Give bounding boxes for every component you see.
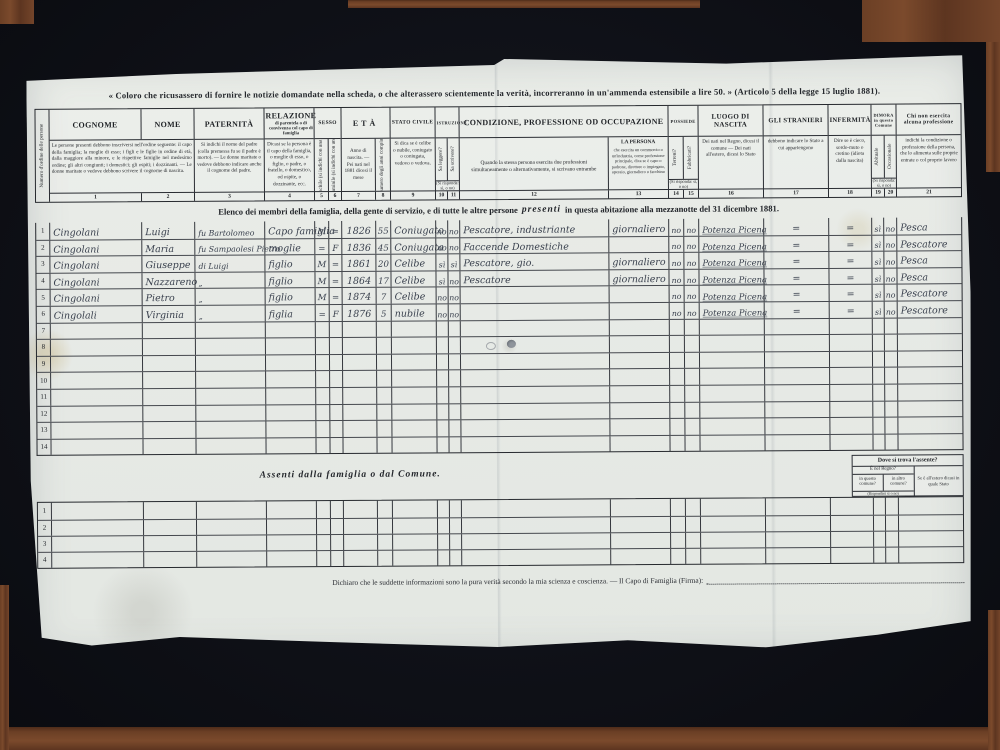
table-header: Numero d'ordine delle persone COGNOME NO… <box>34 103 962 203</box>
cell-scrive: no <box>447 238 459 254</box>
cell-luogo: Potenza Picena <box>698 253 763 269</box>
cell-f: F <box>328 239 341 255</box>
cell-cond <box>460 303 609 320</box>
colnum-8: 8 <box>375 192 390 200</box>
cell-occ: no <box>883 218 896 235</box>
cell-paternita <box>195 422 265 438</box>
cell-relazione <box>265 438 315 454</box>
cell-nome <box>142 405 195 421</box>
census-table: Numero d'ordine delle persone COGNOME NO… <box>34 103 964 589</box>
cell-ab <box>873 515 885 530</box>
cell-stranieri <box>764 319 829 335</box>
cell-anno <box>342 371 376 387</box>
cell-cond13 <box>609 369 669 385</box>
cell-stranieri <box>765 515 830 531</box>
cell-fabbricati <box>684 369 699 385</box>
cell-luogo <box>700 499 765 516</box>
cell-nome <box>142 422 195 438</box>
cell-scrive <box>448 354 460 370</box>
col-header-dimora: DIMORA in questo Comune Abituale Occasio… <box>870 105 896 197</box>
cell-scrive <box>448 387 460 403</box>
cell-anni <box>376 354 391 370</box>
cell-relazione <box>266 501 316 517</box>
cell-ab <box>873 548 885 563</box>
cell-stato: Coniugata <box>390 238 435 254</box>
cell-stato <box>391 354 436 370</box>
colnum-3: 3 <box>195 192 264 200</box>
cell-cond <box>460 320 609 337</box>
stato-desc: Si dica se è celibe o nubile, coniugato … <box>391 138 435 190</box>
cell-n: 1 <box>38 503 51 519</box>
cell-stranieri: = <box>764 285 829 301</box>
legal-warning-line: « Coloro che ricusassero di fornire le n… <box>26 85 962 101</box>
cell-occ: no <box>883 235 896 251</box>
col-header-eta: ETÀ Anno di nascita. — Pei nati nel 1881… <box>340 108 390 200</box>
cell-luogo <box>700 548 765 564</box>
altro-comune-label: in altro comune? <box>882 474 913 491</box>
condizione-13-desc: che esercita un commercio o un'industria… <box>609 145 668 189</box>
cell-cond <box>461 517 610 533</box>
cell-occ <box>885 547 898 562</box>
cell-anni <box>376 437 391 453</box>
cell-n: 9 <box>37 356 50 372</box>
cell-fabbricati: no <box>683 270 698 286</box>
chi-desc: indichi la condizione o professione dell… <box>897 135 961 187</box>
cell-f <box>329 438 342 454</box>
cell-chi <box>897 318 962 334</box>
cell-occ <box>884 318 897 334</box>
cell-anno <box>342 321 376 337</box>
infermita-desc: Dire se è cieco, sordo-muto o cretino (i… <box>829 136 871 188</box>
cell-relazione <box>265 355 315 371</box>
cell-nome: Maria <box>141 239 194 255</box>
cell-m <box>316 551 330 566</box>
colnum-14: 14 <box>669 190 683 198</box>
cell-paternita <box>195 372 265 388</box>
cell-chi: Pesca <box>896 251 961 267</box>
cell-cognome: Cingolali <box>50 306 142 322</box>
cell-cognome: Cingolani <box>49 240 141 256</box>
cell-relazione: figlio <box>264 272 314 288</box>
cell-m <box>316 501 330 517</box>
dove-si-trova-box: Dove si trova l'assente? È nel Regno? in… <box>852 454 964 497</box>
cell-chi <box>898 515 963 531</box>
cell-stranieri <box>764 385 829 401</box>
cell-ab <box>873 531 885 546</box>
cell-legge <box>437 534 449 549</box>
cell-fabbricati <box>684 402 699 418</box>
cell-ab: sì <box>872 285 884 301</box>
cell-fabbricati <box>684 436 699 452</box>
cell-stranieri <box>764 402 829 418</box>
cell-occ: no <box>883 268 896 284</box>
eta-title: ETÀ <box>341 108 389 138</box>
cell-cond13 <box>610 533 670 549</box>
cell-cognome: Cingolani <box>49 256 141 272</box>
condizione-13-title: LA PERSONA <box>621 137 655 145</box>
istruzione-note: (Si risponda: sì, o no) <box>436 180 459 190</box>
cell-cond <box>461 549 610 565</box>
cell-anni <box>377 534 392 549</box>
cell-stato: Coniugato <box>390 220 435 237</box>
cell-f <box>330 518 343 533</box>
cell-paternita <box>195 388 265 404</box>
cell-scrive <box>448 437 460 453</box>
cell-occ <box>884 401 897 417</box>
possiede-title: POSSIEDE <box>668 106 697 136</box>
col-header-condizione: CONDIZIONE, PROFESSIONE OD OCCUPAZIONE Q… <box>458 106 668 199</box>
cell-cognome: Cingolani <box>49 273 141 289</box>
cell-cond: Pescatore, gio. <box>459 254 608 271</box>
cell-scrive: no <box>448 288 460 304</box>
cell-chi <box>897 434 962 450</box>
cell-relazione: figlio <box>264 255 314 271</box>
cell-f: = <box>328 272 341 288</box>
cell-nome <box>143 519 196 535</box>
cell-paternita: „ <box>194 272 264 288</box>
colnum-15: 15 <box>683 190 698 198</box>
col-header-numero: Numero d'ordine delle persone <box>35 110 49 202</box>
cell-luogo <box>699 352 764 368</box>
cell-legge <box>436 371 448 387</box>
cell-relazione <box>265 388 315 404</box>
relazione-subtitle: di parentela o di convivenza col capo di… <box>266 120 317 135</box>
cell-n: 7 <box>37 323 50 339</box>
cell-cond13: giornaliero <box>608 270 668 286</box>
cell-relazione <box>265 338 315 354</box>
cell-fabbricati <box>685 516 700 531</box>
cell-anno <box>342 388 376 404</box>
cell-cognome <box>50 422 142 438</box>
cell-terreni: no <box>669 303 684 319</box>
paternita-desc: Si indichi il nome del padre (colla prem… <box>195 139 264 191</box>
cell-cognome <box>50 373 142 389</box>
cell-infermita <box>829 385 872 401</box>
cell-n: 1 <box>36 223 49 240</box>
cell-m <box>315 338 329 354</box>
cell-ab: sì <box>871 252 883 268</box>
cell-relazione: Capo famiglia <box>264 221 314 238</box>
cognome-nome-desc: Le persone presenti debbono inscriversi … <box>50 140 194 193</box>
cell-legge: no <box>435 238 447 254</box>
cell-legge: no <box>436 288 448 304</box>
cell-occ <box>884 351 897 367</box>
cell-stato <box>392 550 437 565</box>
cell-cond13 <box>610 516 670 532</box>
cell-anni <box>376 421 391 437</box>
cell-anno <box>342 404 376 420</box>
cell-fabbricati: no <box>683 219 698 236</box>
cell-nome <box>142 356 195 372</box>
cell-anni: 7 <box>376 288 391 304</box>
col-header-relazione: RELAZIONEdi parentela o di convivenza co… <box>263 108 314 200</box>
cell-fabbricati: no <box>684 286 699 302</box>
cell-chi <box>898 497 963 514</box>
cell-anni: 55 <box>375 221 390 238</box>
col-header-istruzione: ISTRUZIONE Sa leggere? Sa scrivere? (Si … <box>434 107 459 199</box>
col-header-stranieri: GLI STRANIERI debbono indicare lo Stato … <box>762 105 828 197</box>
cell-ab <box>872 434 884 450</box>
cell-f: = <box>328 255 341 271</box>
cell-nome <box>142 339 195 355</box>
cell-infermita: = <box>828 235 871 251</box>
infermita-title: INFERMITÀ <box>828 105 871 135</box>
cell-legge: no <box>435 220 447 237</box>
cell-terreni <box>669 336 684 352</box>
cell-m <box>315 355 329 371</box>
cell-stato <box>391 371 436 387</box>
cell-legge <box>436 437 448 453</box>
colnum-5: 5 <box>315 192 328 200</box>
cell-anni <box>376 338 391 354</box>
cell-f <box>329 371 342 387</box>
cell-anni <box>376 321 391 337</box>
cell-cognome <box>51 520 143 536</box>
cell-cond: Pescatore <box>459 270 608 287</box>
cell-nome: Virginia <box>142 306 195 322</box>
cell-nome <box>143 502 196 519</box>
cell-stranieri: = <box>763 269 828 285</box>
questo-comune-label: in questo comune? <box>853 474 883 491</box>
cell-f: = <box>329 288 342 304</box>
cell-anni <box>376 371 391 387</box>
paternita-title: PATERNITÀ <box>194 108 263 138</box>
wood-table-right-bottom-edge <box>988 610 1000 750</box>
cell-stranieri: = <box>764 302 829 318</box>
cell-anno: 1836 <box>341 238 375 254</box>
cell-chi <box>898 547 963 563</box>
cell-infermita <box>830 548 873 563</box>
cell-anno <box>342 355 376 371</box>
cell-cognome <box>50 439 142 455</box>
cell-relazione: moglie <box>264 239 314 255</box>
cell-occ: no <box>884 302 897 318</box>
cell-stato: Celibe <box>391 288 436 304</box>
cell-paternita: fu Sampaolesi Pietro <box>194 239 264 255</box>
cell-ab <box>872 368 884 384</box>
cell-fabbricati: no <box>684 303 699 319</box>
cell-fabbricati <box>685 549 700 564</box>
cell-scrive <box>448 321 460 337</box>
condizione-title: CONDIZIONE, PROFESSIONE OD OCCUPAZIONE <box>459 106 667 137</box>
cell-paternita <box>195 438 265 454</box>
cell-stranieri <box>765 548 830 564</box>
sesso-title: SESSO <box>314 108 340 138</box>
declaration-line: Dichiaro che le suddette informazioni so… <box>37 573 964 589</box>
cell-anno: 1864 <box>341 272 375 288</box>
cell-m: = <box>315 305 329 321</box>
cell-cognome <box>51 502 143 519</box>
cell-n: 6 <box>37 307 50 323</box>
cell-anno: 1861 <box>341 255 375 271</box>
cell-cond13 <box>609 419 669 435</box>
cell-fabbricati <box>684 336 699 352</box>
eta-anni-label: Numero degli anni compiuti <box>380 139 386 191</box>
cell-ab <box>872 418 884 434</box>
wood-table-top-strip <box>348 0 700 8</box>
cell-paternita <box>195 339 265 355</box>
cell-stranieri <box>764 352 829 368</box>
cell-luogo: Potenza Picena <box>699 286 764 302</box>
cell-stato <box>391 321 436 337</box>
col-header-chi-non-esercita: Chi non esercita alcuna professione indi… <box>895 104 961 196</box>
cell-cond <box>460 353 609 370</box>
ink-smudge <box>486 342 496 350</box>
cell-terreni: no <box>669 286 684 302</box>
sesso-f-label: Femminile (si indichi con una F) <box>332 139 338 191</box>
present-persons-rows: 1CingolaniLuigifu BartolomeoCapo famigli… <box>35 217 963 456</box>
cell-cognome <box>51 552 143 568</box>
cell-paternita <box>195 355 265 371</box>
cell-luogo <box>699 336 764 352</box>
cell-cognome <box>50 406 142 422</box>
cell-f <box>329 322 342 338</box>
cell-ab: sì <box>871 268 883 284</box>
cell-stranieri <box>764 435 829 451</box>
cell-paternita <box>196 535 266 551</box>
cell-anni <box>376 404 391 420</box>
cell-terreni: no <box>668 270 683 286</box>
colnum-16: 16 <box>699 189 763 197</box>
cell-n: 10 <box>37 373 50 389</box>
cell-anni <box>376 388 391 404</box>
hole-punch-dot <box>507 340 516 348</box>
occasionale-label: Occasionale <box>888 144 893 169</box>
cell-cond13: giornaliero <box>608 253 668 269</box>
cell-n: 8 <box>37 340 50 356</box>
cell-paternita: „ <box>195 289 265 305</box>
wood-table-corner-tl <box>0 0 34 24</box>
assenti-title: Assenti dalla famiglia o dal Comune. <box>37 468 664 482</box>
cell-luogo <box>699 419 764 435</box>
cell-infermita: = <box>829 302 872 318</box>
cell-cond13 <box>609 386 669 402</box>
colnum-18: 18 <box>829 189 871 197</box>
cell-ab <box>872 385 884 401</box>
wood-table-right-edge <box>986 42 1000 172</box>
possiede-note: (Si risponda: sì, o no) <box>669 179 698 189</box>
cell-nome <box>143 536 196 552</box>
cell-legge <box>437 550 449 565</box>
cell-legge: sì <box>435 271 447 287</box>
cell-terreni <box>669 436 684 452</box>
cell-cond13 <box>609 286 669 302</box>
cell-chi <box>897 351 962 367</box>
cell-fabbricati <box>684 386 699 402</box>
cell-nome: Giuseppe <box>141 256 194 272</box>
terreni-label: Terreni? <box>673 149 678 166</box>
cell-legge <box>436 354 448 370</box>
cell-cond13: giornaliero <box>608 219 668 236</box>
cell-terreni <box>669 353 684 369</box>
cell-cond <box>461 500 610 517</box>
cell-chi: Pescatore <box>897 285 962 301</box>
colnum-2: 2 <box>141 193 194 201</box>
cell-nome <box>142 372 195 388</box>
cell-stato: Celibe <box>390 271 435 287</box>
colnum-13: 13 <box>608 190 668 198</box>
cell-infermita: = <box>828 269 871 285</box>
cell-legge <box>436 321 448 337</box>
cell-terreni <box>670 549 685 564</box>
cell-relazione: figlio <box>265 289 315 305</box>
cell-fabbricati <box>684 319 699 335</box>
cell-cond <box>460 419 609 436</box>
cell-occ: no <box>884 285 897 301</box>
cell-n: 4 <box>36 274 49 290</box>
cell-scrive <box>449 518 461 533</box>
stranieri-title: GLI STRANIERI <box>763 105 827 135</box>
fabbricati-label: Fabbricati? <box>688 146 693 169</box>
cell-scrive <box>448 404 460 420</box>
cell-stato: nubile <box>391 304 436 320</box>
cell-cond13 <box>609 336 669 352</box>
cell-f <box>329 355 342 371</box>
cell-stranieri <box>765 498 830 515</box>
cell-occ <box>884 434 897 450</box>
cell-luogo <box>700 532 765 548</box>
wood-table-bottom-strip <box>0 727 1000 750</box>
cell-luogo <box>699 385 764 401</box>
cell-luogo <box>700 516 765 532</box>
cell-nome <box>143 552 196 568</box>
cell-cognome <box>51 536 143 552</box>
cell-relazione <box>265 322 315 338</box>
cell-anno <box>343 551 377 566</box>
cell-stato: Celibe <box>390 255 435 271</box>
cell-paternita <box>195 405 265 421</box>
cell-terreni <box>669 369 684 385</box>
cell-terreni <box>669 319 684 335</box>
cell-terreni <box>670 533 685 548</box>
cell-fabbricati <box>684 419 699 435</box>
cell-scrive: no <box>447 220 459 237</box>
cell-occ <box>884 418 897 434</box>
cell-occ <box>884 368 897 384</box>
cell-ab <box>872 351 884 367</box>
dove-box-title: Dove si trova l'assente? <box>853 455 963 467</box>
cell-relazione <box>266 551 316 566</box>
cell-ab: sì <box>871 235 883 251</box>
cell-stranieri <box>765 532 830 548</box>
colnum-11: 11 <box>447 191 459 199</box>
cell-cond <box>460 436 609 453</box>
cell-luogo: Potenza Picena <box>698 236 763 252</box>
chi-title: Chi non esercita alcuna professione <box>896 104 960 134</box>
cell-scrive <box>449 501 461 517</box>
cell-fabbricati: no <box>683 253 698 269</box>
cell-anno: 1874 <box>342 288 376 304</box>
cell-f <box>329 421 342 437</box>
cell-m <box>315 388 329 404</box>
elenco-pre: Elenco dei membri della famiglia, della … <box>218 205 518 217</box>
cell-anno: 1876 <box>342 305 376 321</box>
cell-n: 11 <box>37 390 50 406</box>
colnum-4: 4 <box>265 192 314 200</box>
cell-infermita <box>829 418 872 434</box>
cell-chi <box>897 368 962 384</box>
cell-ab <box>873 498 885 514</box>
rispondasi-note: (Rispondasi sì o no) <box>853 491 914 496</box>
cell-scrive: sì <box>447 254 459 270</box>
colnum-19: 19 <box>872 189 884 197</box>
cell-luogo: Potenza Picena <box>698 218 763 235</box>
cell-stato <box>391 338 436 354</box>
cell-m: = <box>314 239 328 255</box>
relazione-title: RELAZIONEdi parentela o di convivenza co… <box>264 108 317 138</box>
cell-chi: Pescatore <box>897 301 962 317</box>
colnum-9: 9 <box>391 191 435 199</box>
